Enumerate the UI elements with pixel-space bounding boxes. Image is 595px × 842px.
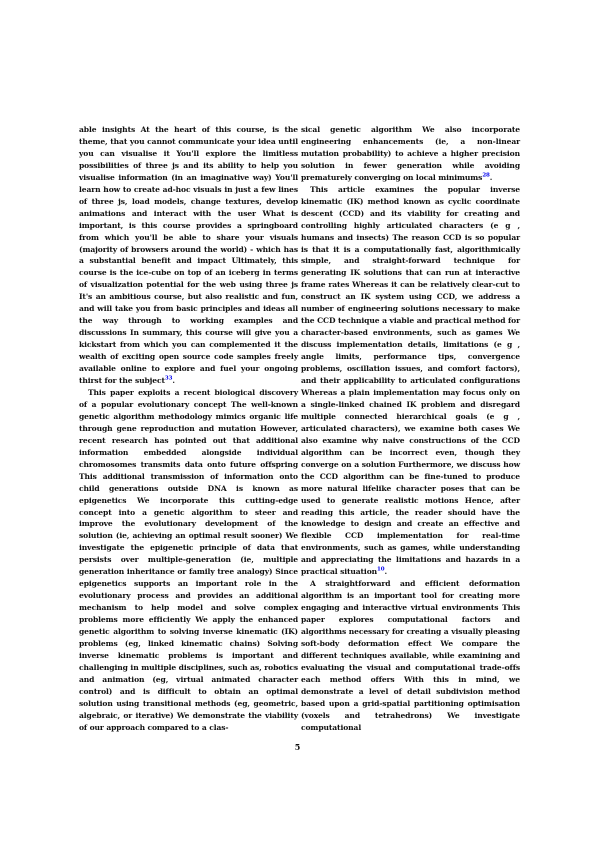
paragraph-end: . bbox=[490, 173, 493, 182]
page-number: 5 bbox=[0, 742, 595, 752]
citation-link[interactable]: 28 bbox=[482, 172, 489, 178]
paragraph-text: This article examines the popular invers… bbox=[301, 185, 520, 577]
paragraph: This article examines the popular invers… bbox=[301, 184, 520, 578]
citation-link[interactable]: 10 bbox=[377, 567, 384, 573]
paragraph-text: able insights At the heart of this cours… bbox=[79, 125, 298, 385]
paragraph: A straightforward and efficient deformat… bbox=[301, 578, 520, 733]
paragraph-end: . bbox=[385, 567, 388, 576]
paper-page: able insights At the heart of this cours… bbox=[0, 0, 595, 842]
paragraph: able insights At the heart of this cours… bbox=[79, 124, 298, 387]
paragraph-text: This paper exploits a recent biological … bbox=[79, 388, 298, 732]
left-column: able insights At the heart of this cours… bbox=[79, 124, 298, 734]
paragraph: sical genetic algorithm We also incorpor… bbox=[301, 124, 520, 184]
paragraph-text: A straightforward and efficient deformat… bbox=[301, 579, 520, 731]
paragraph: This paper exploits a recent biological … bbox=[79, 387, 298, 734]
right-column: sical genetic algorithm We also incorpor… bbox=[301, 124, 520, 734]
paragraph-end: . bbox=[172, 376, 175, 385]
